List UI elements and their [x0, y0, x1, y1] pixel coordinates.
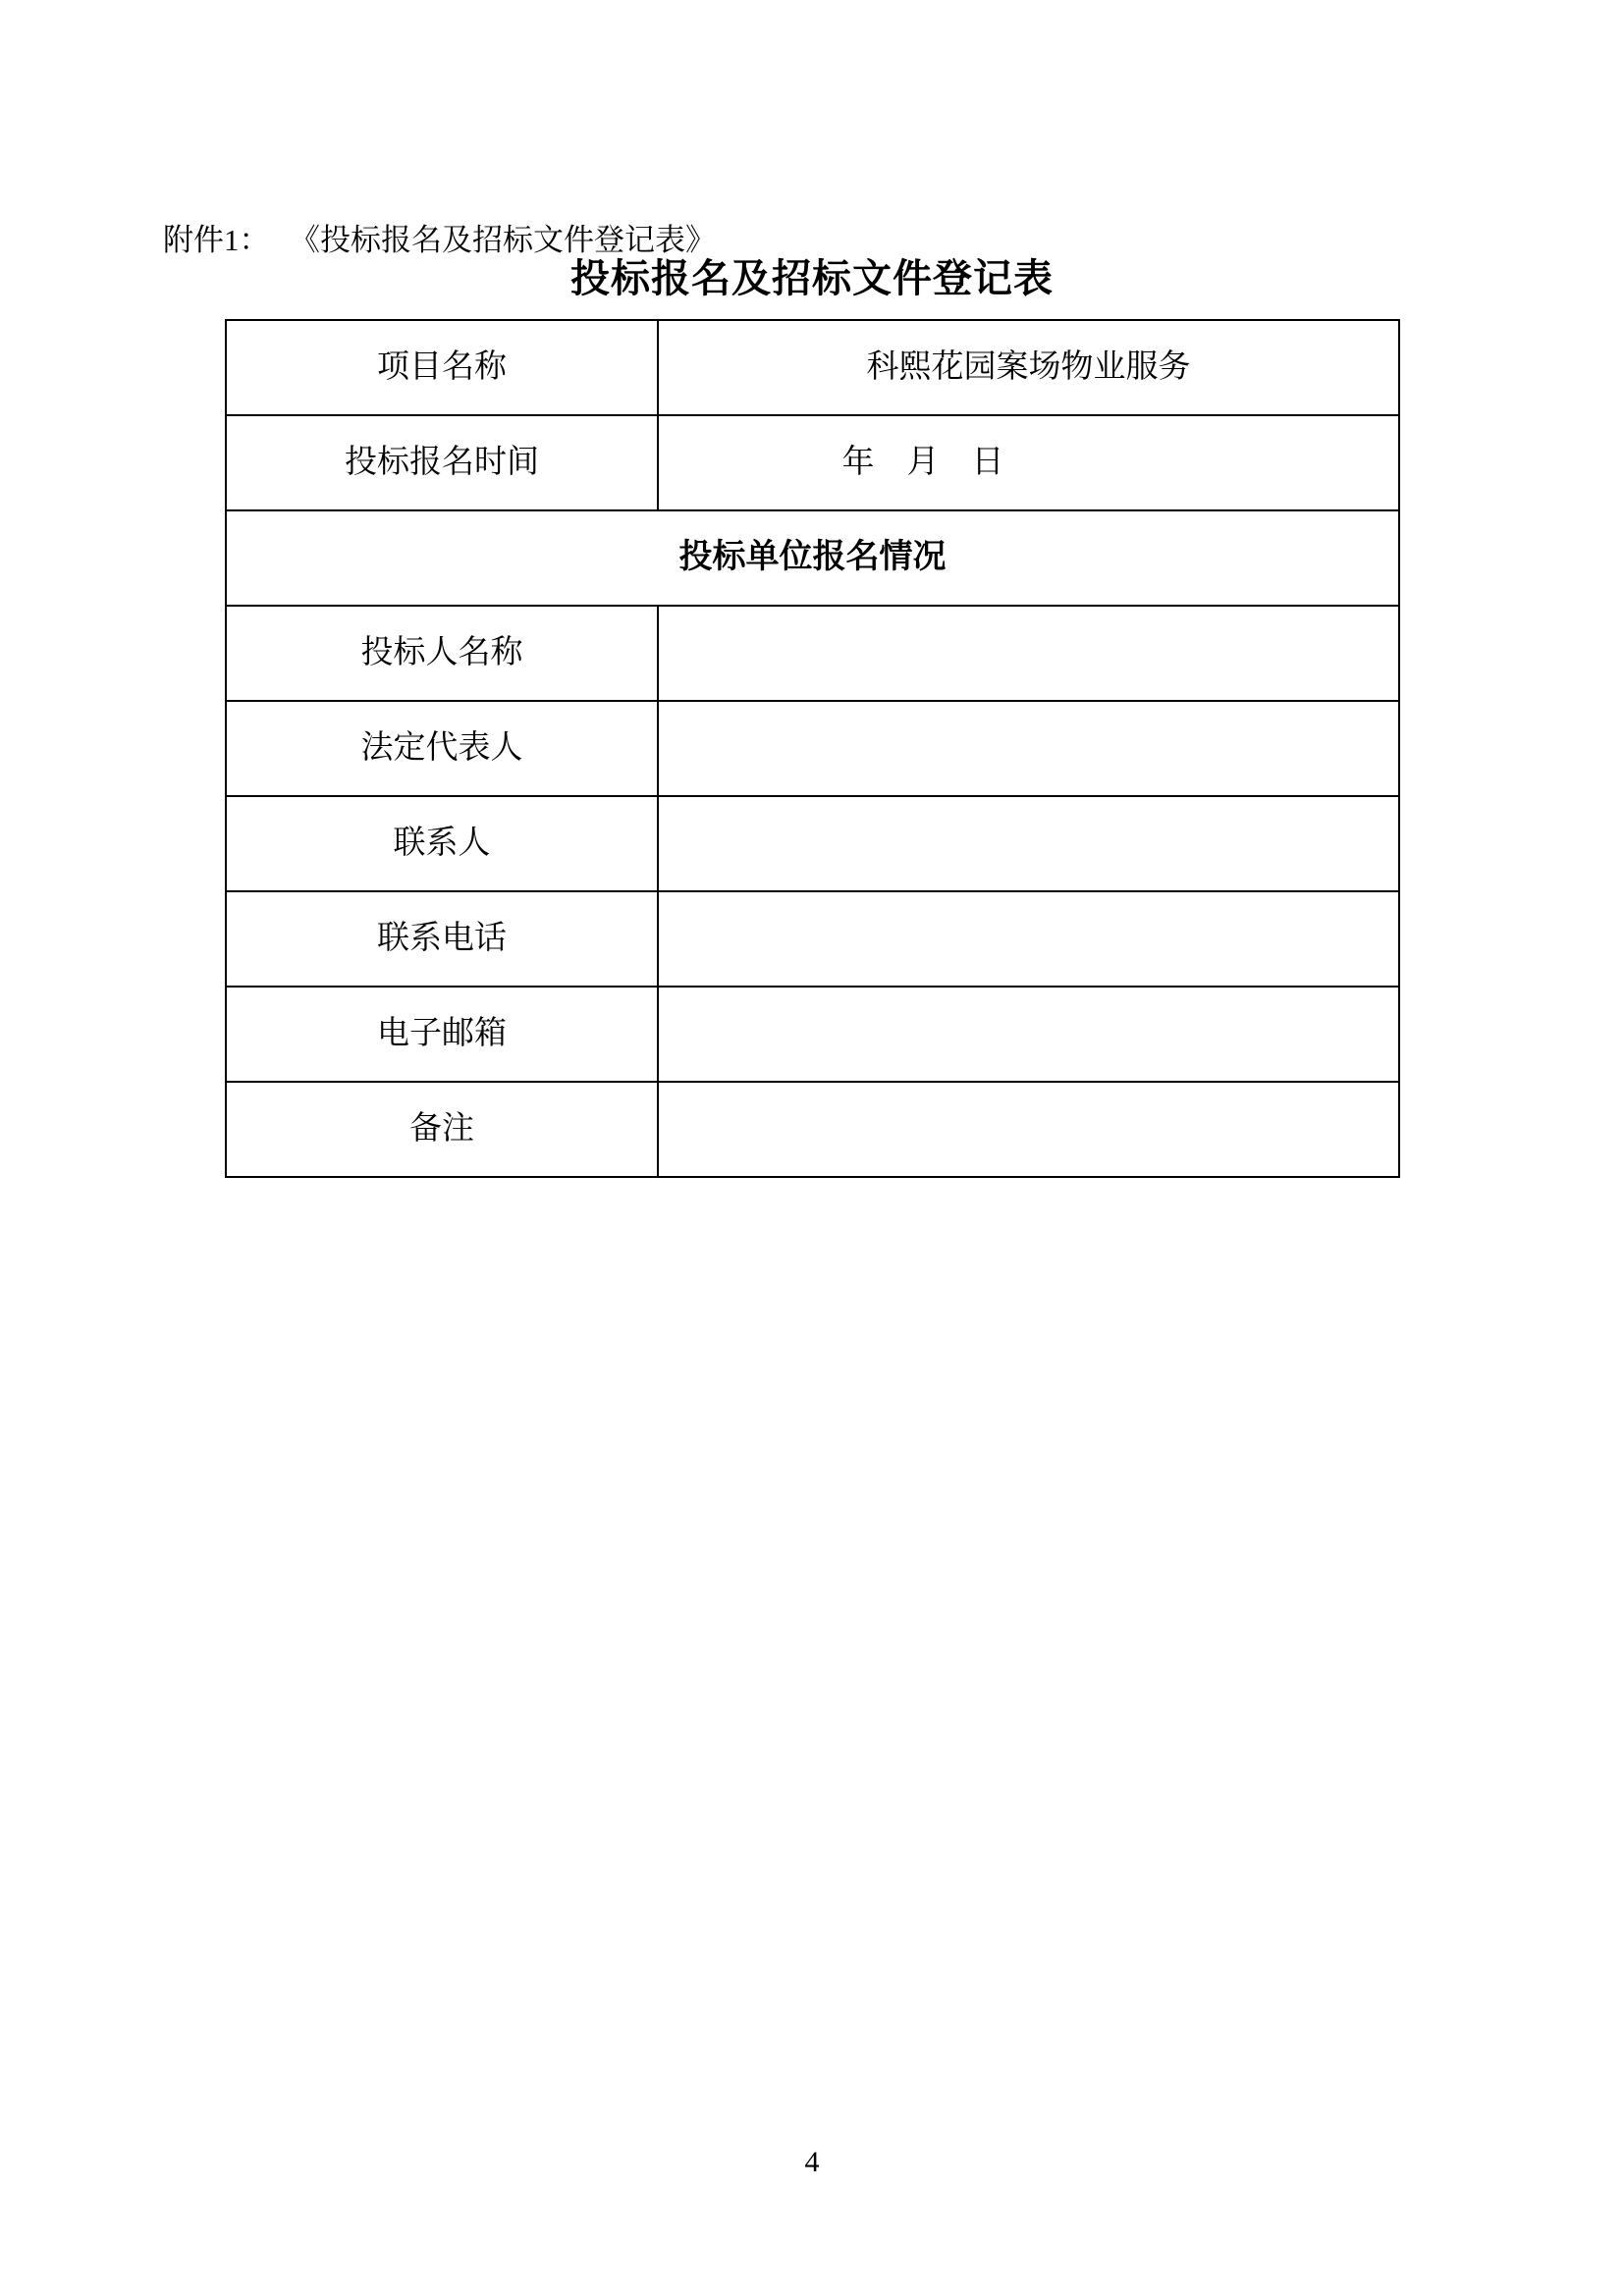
- table-row-project-name: 项目名称 科熙花园案场物业服务: [226, 320, 1399, 415]
- project-name-label-cell: 项目名称: [226, 320, 658, 415]
- table-row-contact-person: 联系人: [226, 796, 1399, 891]
- contact-phone-label-cell: 联系电话: [226, 891, 658, 987]
- bidder-name-label-cell: 投标人名称: [226, 606, 658, 701]
- registration-time-label-cell: 投标报名时间: [226, 415, 658, 510]
- remarks-label-cell: 备注: [226, 1082, 658, 1177]
- email-value-cell: [658, 987, 1399, 1082]
- table-row-registration-time: 投标报名时间 年 月 日: [226, 415, 1399, 510]
- table-row-contact-phone: 联系电话: [226, 891, 1399, 987]
- contact-phone-value-cell: [658, 891, 1399, 987]
- registration-time-value-cell: 年 月 日: [658, 415, 1399, 510]
- page-number: 4: [0, 2146, 1624, 2179]
- contact-person-label-cell: 联系人: [226, 796, 658, 891]
- table-row-legal-representative: 法定代表人: [226, 701, 1399, 796]
- section-header-cell: 投标单位报名情况: [226, 510, 1399, 606]
- table-row-bidder-name: 投标人名称: [226, 606, 1399, 701]
- legal-representative-label-cell: 法定代表人: [226, 701, 658, 796]
- remarks-value-cell: [658, 1082, 1399, 1177]
- legal-representative-value-cell: [658, 701, 1399, 796]
- email-label-cell: 电子邮箱: [226, 987, 658, 1082]
- table-row-remarks: 备注: [226, 1082, 1399, 1177]
- table-row-email: 电子邮箱: [226, 987, 1399, 1082]
- bidder-name-value-cell: [658, 606, 1399, 701]
- registration-table: 项目名称 科熙花园案场物业服务 投标报名时间 年 月 日 投标单位报名情况 投标…: [225, 319, 1400, 1178]
- form-title: 投标报名及招标文件登记表: [0, 247, 1624, 303]
- contact-person-value-cell: [658, 796, 1399, 891]
- project-name-value-cell: 科熙花园案场物业服务: [658, 320, 1399, 415]
- document-page: 附件1：《投标报名及招标文件登记表》 投标报名及招标文件登记表 项目名称 科熙花…: [0, 0, 1624, 2296]
- table-row-section-header: 投标单位报名情况: [226, 510, 1399, 606]
